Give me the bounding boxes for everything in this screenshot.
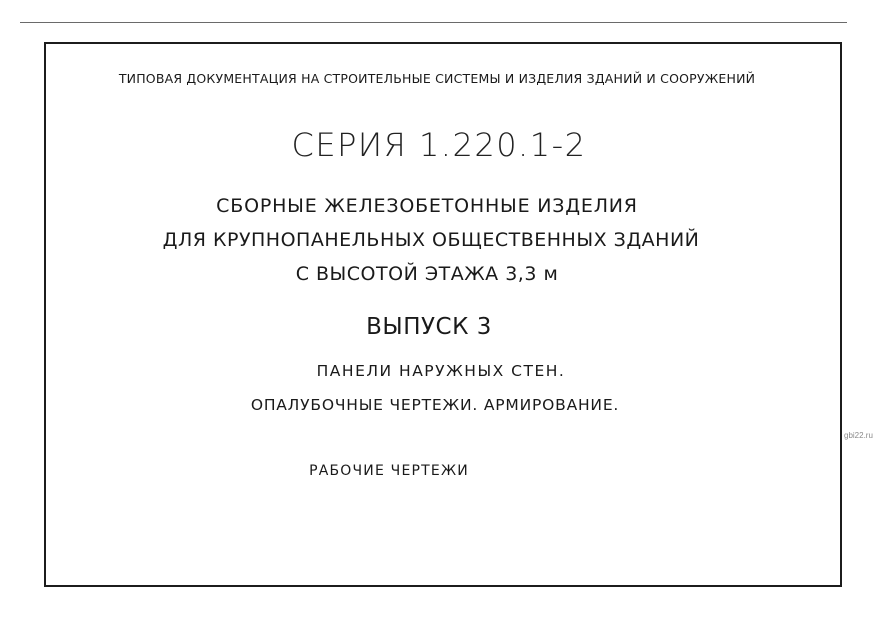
title-line-2: ДЛЯ КРУПНОПАНЕЛЬНЫХ ОБЩЕСТВЕННЫХ ЗДАНИЙ: [34, 229, 828, 251]
document-type: РАБОЧИЕ ЧЕРТЕЖИ: [0, 463, 786, 479]
document-header: ТИПОВАЯ ДОКУМЕНТАЦИЯ НА СТРОИТЕЛЬНЫЕ СИС…: [40, 71, 834, 86]
title-sheet-frame: ТИПОВАЯ ДОКУМЕНТАЦИЯ НА СТРОИТЕЛЬНЫЕ СИС…: [44, 42, 842, 587]
watermark: gbi22.ru: [844, 431, 873, 440]
title-line-3: С ВЫСОТОЙ ЭТАЖА 3,3 м: [30, 263, 824, 285]
subtitle-line-2: ОПАЛУБОЧНЫЕ ЧЕРТЕЖИ. АРМИРОВАНИЕ.: [38, 396, 832, 414]
issue-number: ВЫПУСК 3: [32, 314, 826, 340]
title-line-1: СБОРНЫЕ ЖЕЛЕЗОБЕТОННЫЕ ИЗДЕЛИЯ: [30, 195, 824, 217]
series-number: СЕРИЯ 1.220.1-2: [42, 126, 836, 164]
top-rule-line: [20, 22, 847, 23]
subtitle-line-1: ПАНЕЛИ НАРУЖНЫХ СТЕН.: [44, 362, 838, 380]
